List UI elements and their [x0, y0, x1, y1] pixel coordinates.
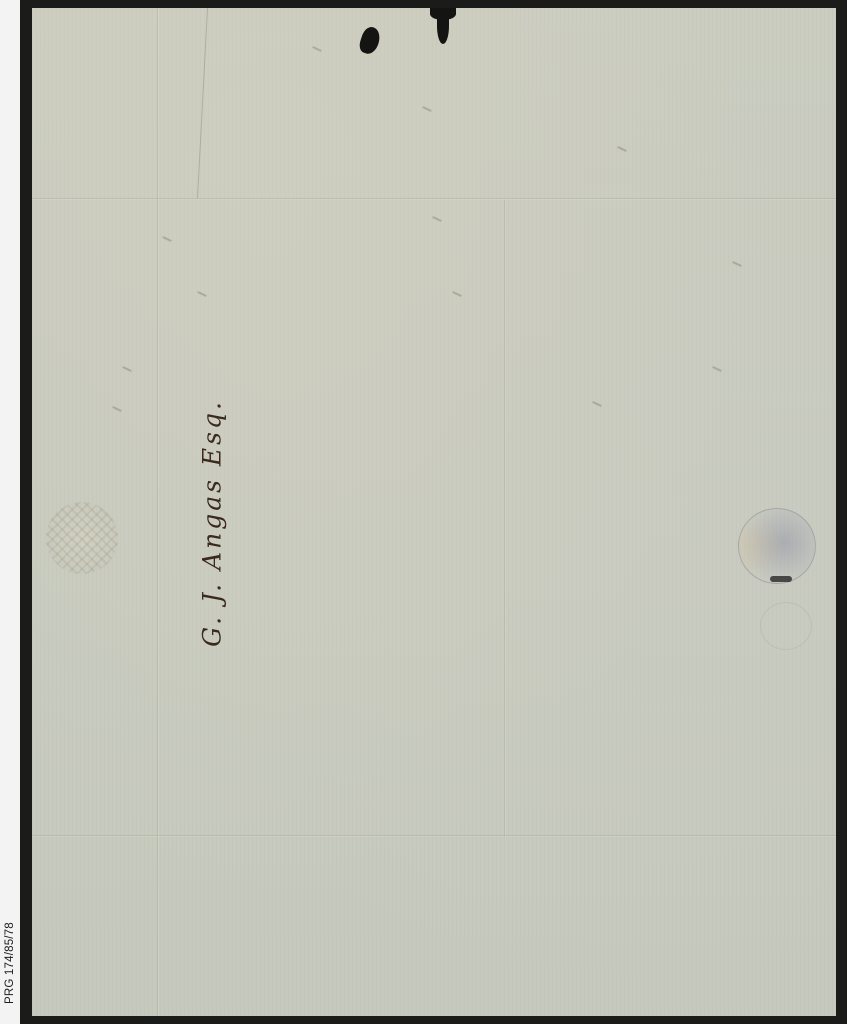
ink-bleed-mark [112, 406, 122, 412]
postmark-icon [738, 508, 816, 584]
ink-bleed-mark [197, 291, 207, 297]
archive-reference-label: PRG 174/85/78 [4, 922, 16, 1004]
embossed-seal-icon [46, 502, 118, 574]
fold-line-bottom [32, 835, 836, 837]
ink-bleed-mark [422, 106, 432, 112]
ink-bleed-mark [592, 401, 602, 407]
ink-bleed-mark [122, 366, 132, 372]
fold-line-top [32, 198, 836, 200]
fold-line-left [157, 8, 159, 1016]
ink-bleed-mark [712, 366, 722, 372]
postmark-ink-mark [770, 576, 792, 582]
letter-paper: G. J. Angas Esq. [32, 8, 836, 1016]
handwritten-address: G. J. Angas Esq. [198, 399, 227, 647]
archive-label-strip: PRG 174/85/78 [0, 0, 20, 1024]
fold-line-center [504, 200, 506, 837]
ink-bleed-mark [312, 46, 322, 52]
faint-stamp-ring-icon [760, 602, 812, 650]
ink-bleed-mark [162, 236, 172, 242]
paper-tear-icon [437, 8, 449, 44]
paper-crease [197, 8, 208, 198]
ink-bleed-mark [732, 261, 742, 267]
ink-bleed-mark [432, 216, 442, 222]
ink-bleed-mark [617, 146, 627, 152]
paper-hole-icon [357, 25, 382, 56]
ink-bleed-mark [452, 291, 462, 297]
